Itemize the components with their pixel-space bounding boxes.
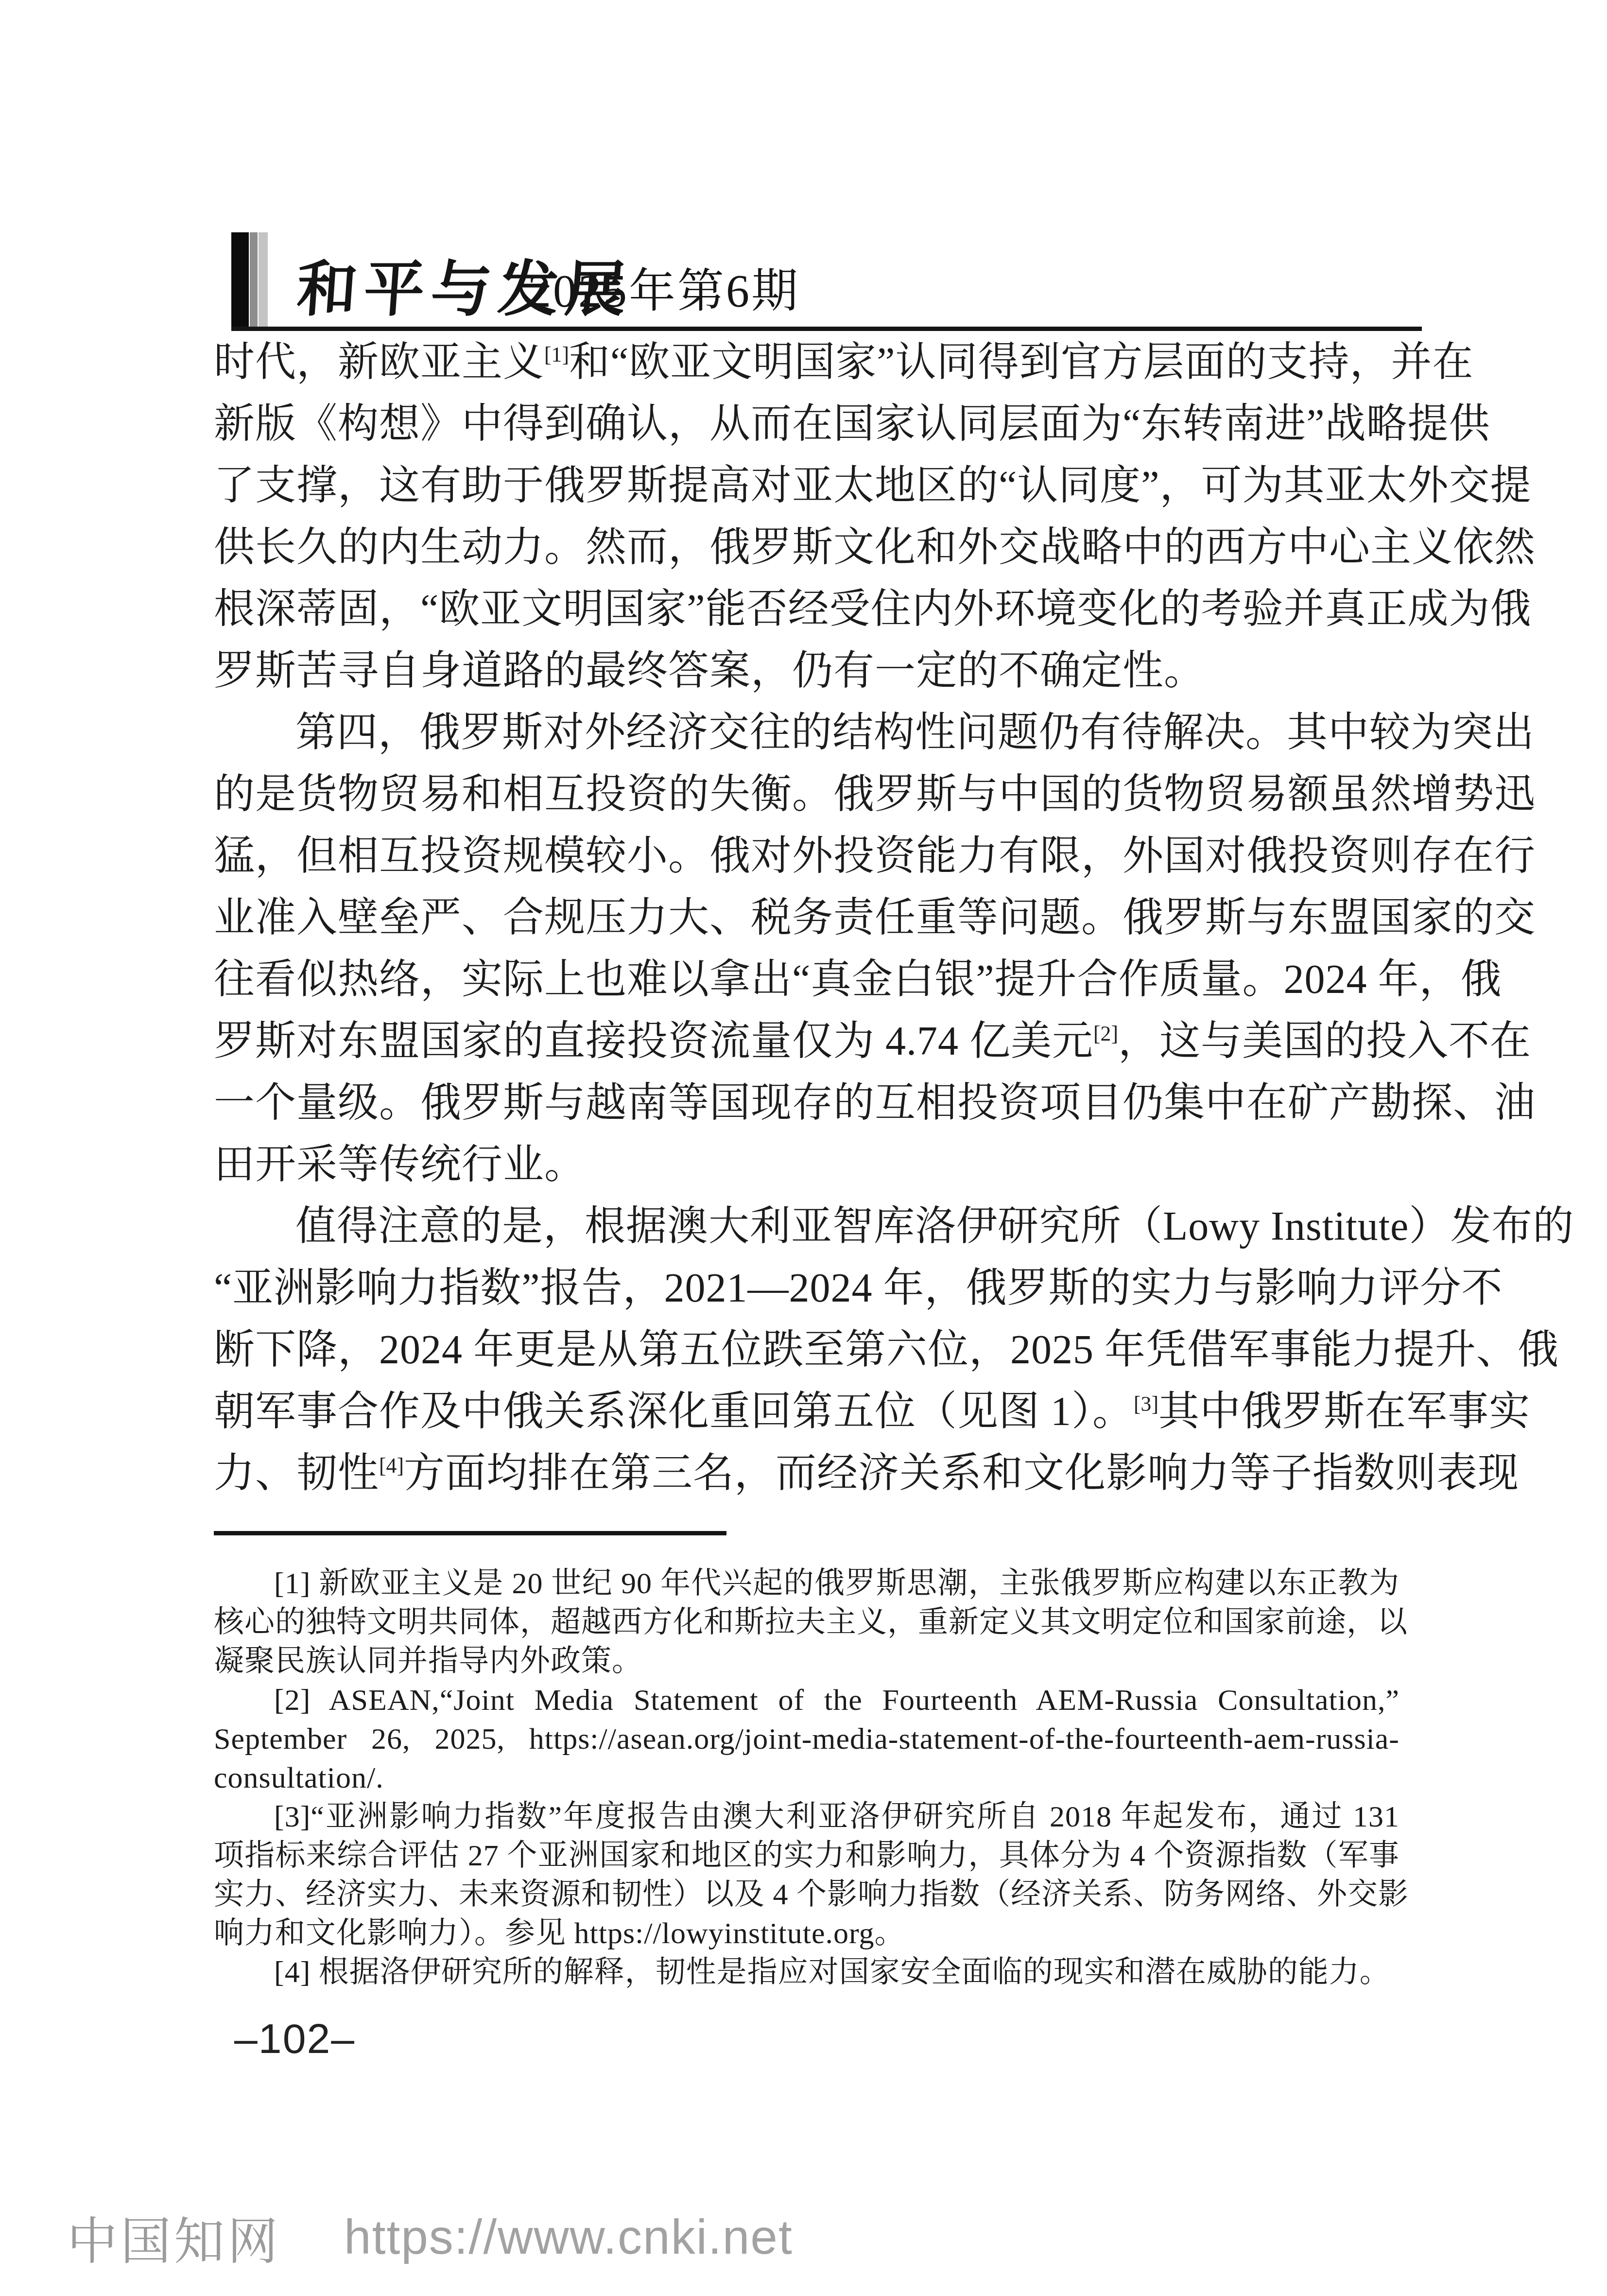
body-line: 断下降，2024 年更是从第五位跌至第六位，2025 年凭借军事能力提升、俄 [214,1319,1395,1381]
footnotes: [1] 新欧亚主义是 20 世纪 90 年代兴起的俄罗斯思潮，主张俄罗斯应构建以… [214,1564,1400,1992]
body-line: 一个量级。俄罗斯与越南等国现存的互相投资项目仍集中在矿产勘探、油 [214,1072,1395,1134]
body-line: 的是货物贸易和相互投资的失衡。俄罗斯与中国的货物贸易额虽然增势迅 [214,764,1395,825]
body-line: “亚洲影响力指数”报告，2021—2024 年，俄罗斯的实力与影响力评分不 [214,1257,1395,1319]
marker-bar-dark-gray [250,232,258,328]
footnote-line: 凝聚民族认同并指导内外政策。 [214,1642,1400,1681]
footnote-line: September 26, 2025, https://asean.org/jo… [214,1720,1400,1758]
footnote-line: 核心的独特文明共同体，超越西方化和斯拉夫主义，重新定义其文明定位和国家前途，以 [214,1603,1400,1642]
body-line: 往看似热络，实际上也难以拿出“真金白银”提升合作质量。2024 年，俄 [214,949,1395,1010]
body-line: 了支撑，这有助于俄罗斯提高对亚太地区的“认同度”，可为其亚太外交提 [214,455,1395,517]
footnote-line: [4] 根据洛伊研究所的解释，韧性是指应对国家安全面临的现实和潜在威胁的能力。 [214,1953,1400,1992]
body-line: 值得注意的是，根据澳大利亚智库洛伊研究所（Lowy Institute）发布的 [214,1196,1395,1257]
watermark-url: https://www.cnki.net [344,2209,793,2265]
footnote-line: 项指标来综合评估 27 个亚洲国家和地区的实力和影响力，具体分为 4 个资源指数… [214,1836,1400,1875]
body-text: 时代，新欧亚主义[1]和“欧亚文明国家”认同得到官方层面的支持，并在新版《构想》… [214,331,1395,1504]
marker-bar-black [231,232,249,328]
footnote-reference: [4] [379,1454,404,1478]
footnote-line: 实力、经济实力、未来资源和韧性）以及 4 个影响力指数（经济关系、防务网络、外交… [214,1875,1400,1914]
body-line: 力、韧性[4]方面均排在第三名，而经济关系和文化影响力等子指数则表现 [214,1443,1395,1504]
body-line: 朝军事合作及中俄关系深化重回第五位（见图 1）。[3]其中俄罗斯在军事实 [214,1381,1395,1443]
body-line: 第四，俄罗斯对外经济交往的结构性问题仍有待解决。其中较为突出 [214,702,1395,764]
page-number: –102– [234,2015,355,2063]
body-line: 供长久的内生动力。然而，俄罗斯文化和外交战略中的西方中心主义依然 [214,517,1395,578]
body-line: 时代，新欧亚主义[1]和“欧亚文明国家”认同得到官方层面的支持，并在 [214,331,1395,393]
footnote-reference: [2] [1093,1022,1118,1045]
body-line: 田开采等传统行业。 [214,1134,1395,1196]
body-line: 罗斯苦寻自身道路的最终答案，仍有一定的不确定性。 [214,640,1395,702]
body-line: 猛，但相互投资规模较小。俄对外投资能力有限，外国对俄投资则存在行 [214,825,1395,887]
footnote-separator [214,1531,726,1535]
footnote-reference: [1] [544,343,569,366]
footnote-line: 响力和文化影响力）。参见 https://lowyinstitute.org。 [214,1914,1400,1953]
footnote-line: consultation/. [214,1758,1400,1797]
watermark: 中国知网 https://www.cnki.net [67,2201,1525,2274]
watermark-site-name: 中国知网 [67,2201,281,2274]
body-line: 新版《构想》中得到确认，从而在国家认同层面为“东转南进”战略提供 [214,393,1395,455]
body-line: 业准入壁垒严、合规压力大、税务责任重等问题。俄罗斯与东盟国家的交 [214,887,1395,949]
journal-issue: 2025年第6期 [528,254,800,320]
body-line: 罗斯对东盟国家的直接投资流量仅为 4.74 亿美元[2]，这与美国的投入不在 [214,1010,1395,1072]
footnote-line: [2] ASEAN,“Joint Media Statement of the … [214,1681,1400,1720]
masthead: 和平与发展 2025年第6期 [231,232,1422,330]
footnote-reference: [3] [1134,1392,1158,1416]
footnote-line: [1] 新欧亚主义是 20 世纪 90 年代兴起的俄罗斯思潮，主张俄罗斯应构建以… [214,1564,1400,1603]
margin-marker-bars [231,232,268,328]
footnote-line: [3]“亚洲影响力指数”年度报告由澳大利亚洛伊研究所自 2018 年起发布，通过… [214,1797,1400,1836]
journal-page: 和平与发展 2025年第6期 时代，新欧亚主义[1]和“欧亚文明国家”认同得到官… [0,0,1607,2296]
header-rule [231,327,1422,331]
body-line: 根深蒂固，“欧亚文明国家”能否经受住内外环境变化的考验并真正成为俄 [214,578,1395,640]
marker-bar-light-gray [259,232,268,328]
